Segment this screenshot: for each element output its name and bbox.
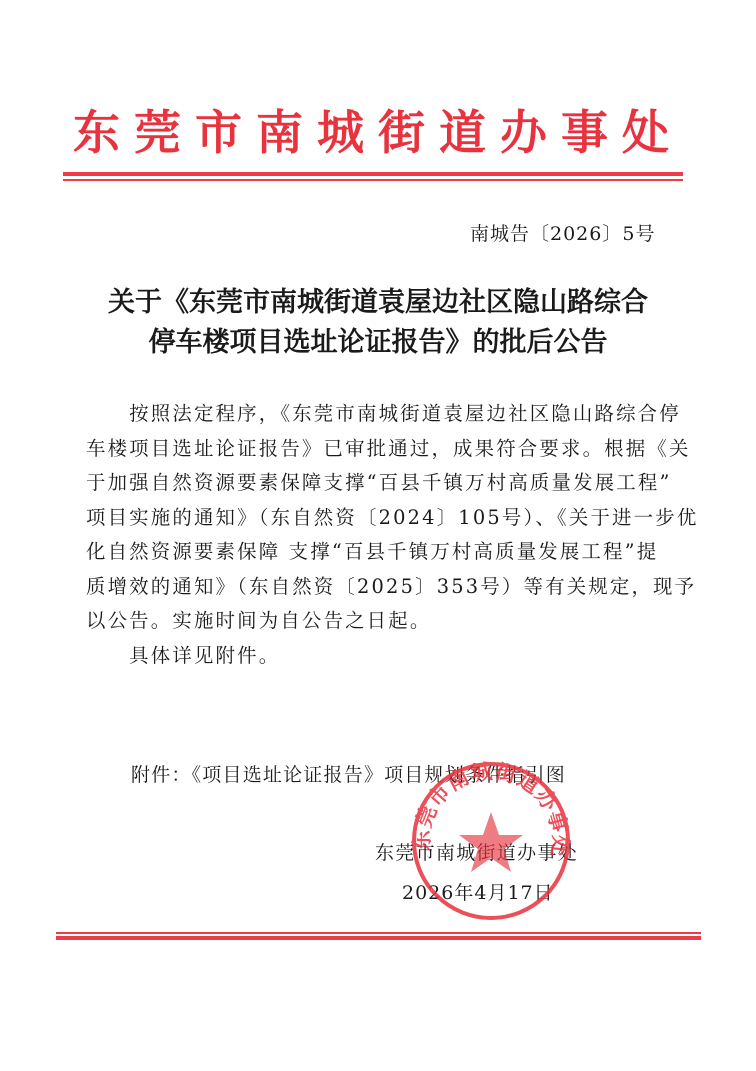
body-line: 按照法定程序，《东莞市南城街道袁屋边社区隐山路综合停 [86,397,672,432]
organization-header: 东莞市南城街道办事处 [60,104,696,164]
signing-date: 2026年4月17日 [402,878,554,905]
title-line: 关于《东莞市南城街道袁屋边社区隐山路综合 [60,283,696,323]
body-paragraph: 按照法定程序，《东莞市南城街道袁屋边社区隐山路综合停 车楼项目选址论证报告》已审… [86,397,672,673]
body-line: 以公告。实施时间为自公告之日起。 [86,604,672,639]
footer-rule-thick [56,936,701,940]
body-line: 项目实施的通知》（东自然资〔2024〕105号）、《关于进一步优 [86,501,672,536]
header-rule-thick [63,172,683,176]
document-number: 南城告〔2026〕5号 [470,219,655,246]
see-attachment-line: 具体详见附件。 [86,639,672,674]
header-rule-thin [63,179,683,181]
footer-rule-thin [56,932,701,934]
signing-organization: 东莞市南城街道办事处 [375,838,578,865]
document-title: 关于《东莞市南城街道袁屋边社区隐山路综合 停车楼项目选址论证报告》的批后公告 [60,283,696,363]
body-line: 化自然资源要素保障 支撑“百县千镇万村高质量发展工程”提 [86,535,672,570]
attachment-reference: 附件：《项目选址论证报告》项目规划条件指引图 [131,760,566,787]
title-line: 停车楼项目选址论证报告》的批后公告 [60,323,696,363]
body-line: 车楼项目选址论证报告》已审批通过，成果符合要求。根据《关 [86,432,672,467]
body-line: 于加强自然资源要素保障支撑“百县千镇万村高质量发展工程” [86,466,672,501]
body-line: 质增效的通知》（东自然资〔2025〕353号）等有关规定，现予 [86,570,672,605]
